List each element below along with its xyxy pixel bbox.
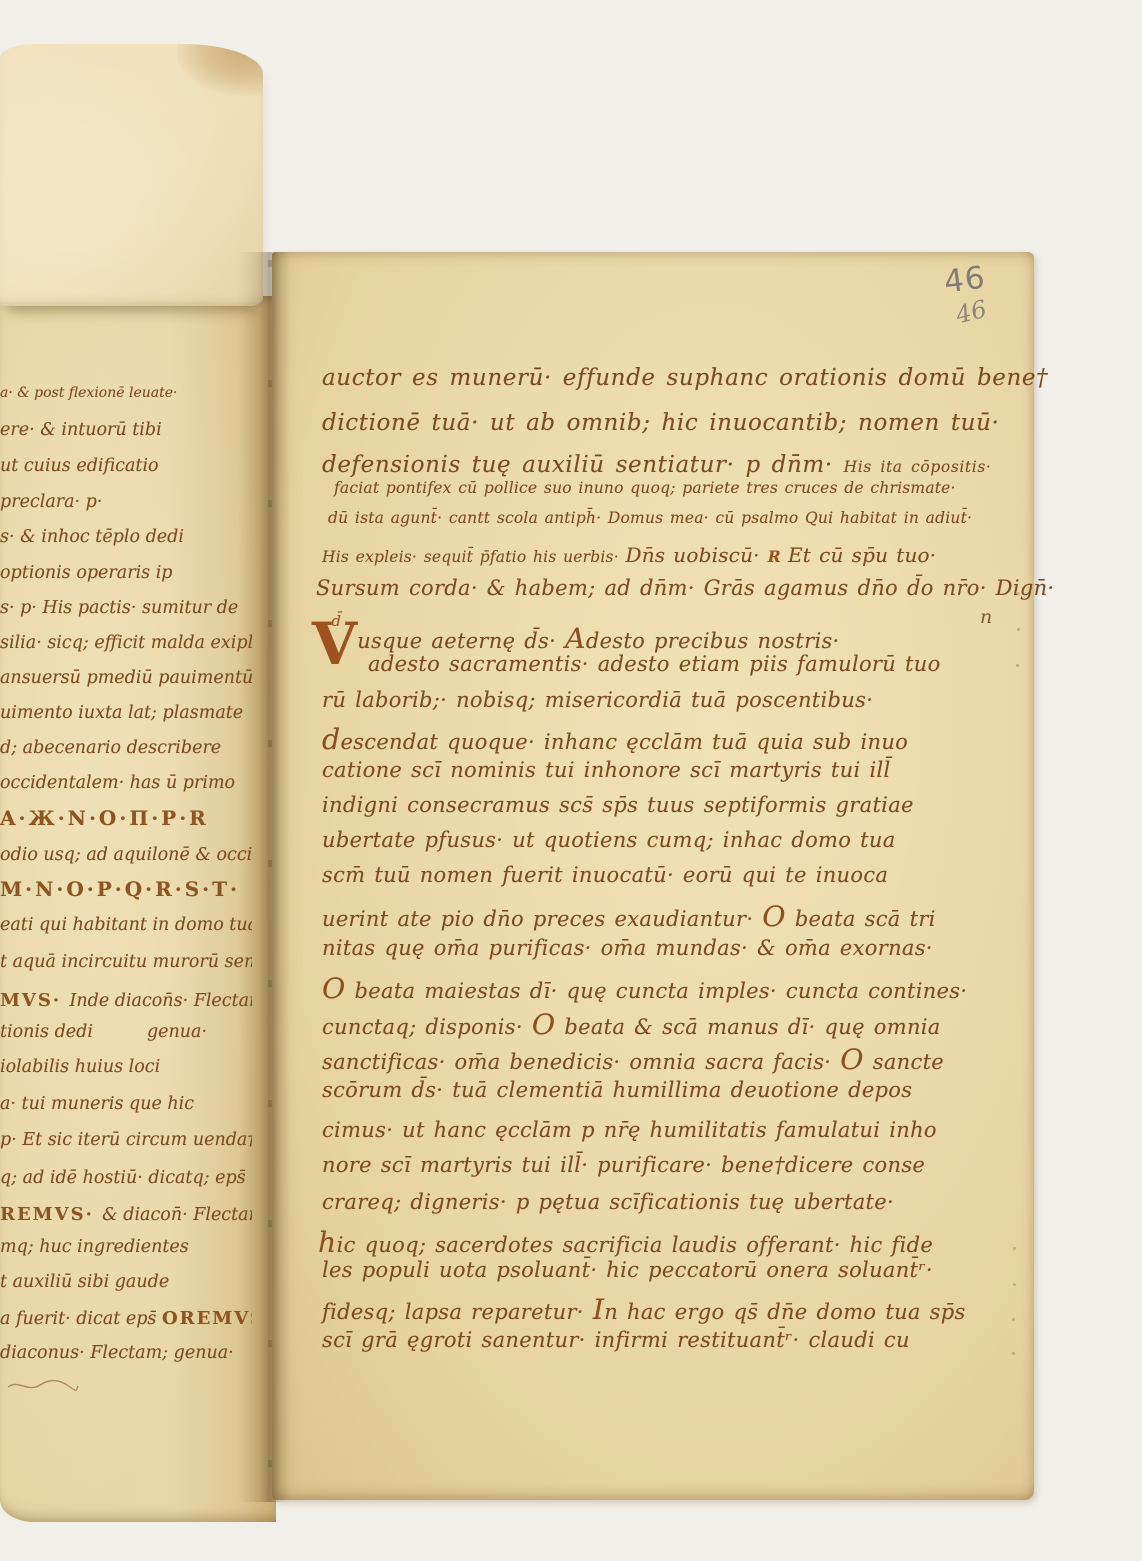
- recto-page: [272, 252, 1034, 1500]
- margin-letter: n: [980, 606, 992, 628]
- parchment-flap: [0, 44, 263, 306]
- previous-folio: [0, 296, 276, 1522]
- scribe-flourish: [6, 1378, 80, 1394]
- manuscript-photo: 46 46 n a· & post flexionē leuate·ere· &…: [0, 0, 1142, 1561]
